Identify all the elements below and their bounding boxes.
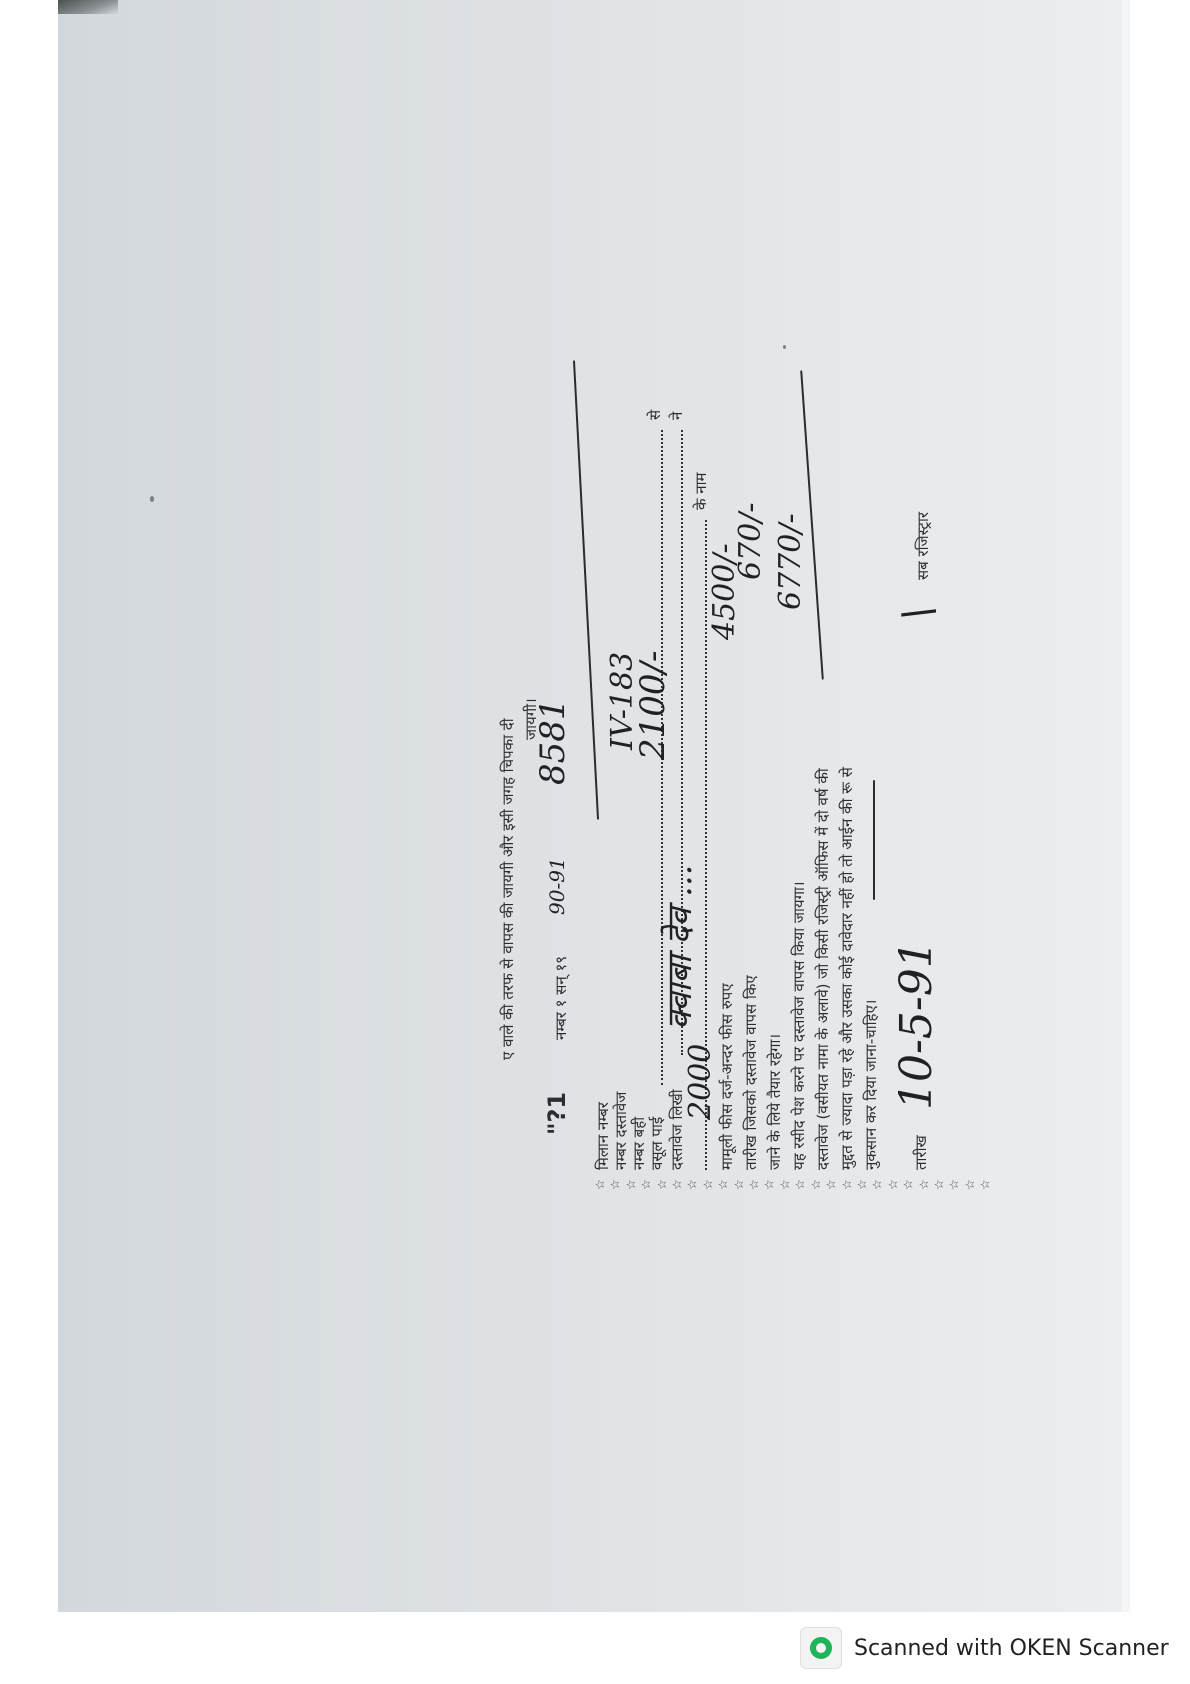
field-label-dastavej-number: नम्बर दस्तावेज [611,1092,631,1170]
form-number-prefix: "?1 [543,1092,571,1135]
field-suffix-se: से [645,410,665,420]
body-line-4: यह रसीद पेश करने पर दस्तावेज वापस किया ज… [789,881,809,1170]
body-line-6: मुद्दत से ज्यादा पड़ा रहे और उसका कोई दा… [837,767,857,1170]
short-rule [873,780,875,900]
page-edge [1122,0,1130,1612]
body-line-5: दस्तावेज (वसीयत नामा के अलावे) जो किसी र… [813,768,833,1170]
date-value: 10-5-91 [891,940,942,1110]
field-value-ke-naam: 2000 [683,1044,718,1120]
page-corner-shadow [58,0,118,14]
scanner-footer-text: Scanned with OKEN Scanner [854,1636,1169,1661]
paper-speck [150,496,154,502]
scanned-page: ए वाले की तरफ से वापस की जायगी और इसी जग… [58,0,1130,1612]
body-line-7: नुकसान कर दिया जाना-चाहिए। [861,1000,881,1170]
field-suffix-ke-naam: के नाम [691,473,711,510]
field-label-bahi-number: नम्बर बही [629,1117,649,1170]
header-line-1: ए वाले की तरफ से वापस की जायगी और इसी जग… [498,718,518,1060]
underline-rule [573,360,599,819]
field-label-milan: मिलान नम्बर [593,1102,613,1170]
receipt-number: 8581 [533,698,573,785]
scanner-watermark: Scanned with OKEN Scanner [800,1628,1169,1668]
amount-total: 6770/- [773,513,808,610]
amount-2: 670/- [733,502,768,580]
body-line-2: तारीख जिसको दस्तावेज वापस किए [741,975,761,1170]
signature: \ [893,606,942,620]
oken-scanner-logo-icon [800,1627,842,1669]
body-line-1: मामूली फीस दर्ज-अन्दर फीस रुपए [717,983,737,1170]
field-label-vasool-pai: वसूल पाई [647,1117,667,1170]
form-number-label: नम्बर १ सन् १९ [551,956,571,1040]
body-line-3: जाने के लिये तैयार रहेगा। [765,1034,785,1170]
date-label: तारीख [911,1135,931,1170]
year-handwritten: 90-91 [545,857,569,915]
signature-label: सब रजिस्ट्रार [913,512,933,580]
field-suffix-ne: ने [667,412,687,420]
star-border: ☆☆☆☆☆☆☆☆☆☆☆☆☆☆☆☆☆☆☆☆☆☆☆☆☆☆ [593,1176,994,1190]
registry-receipt: ए वाले की तरफ से वापस की जायगी और इसी जग… [493,370,1033,1180]
paper-speck [783,345,786,349]
